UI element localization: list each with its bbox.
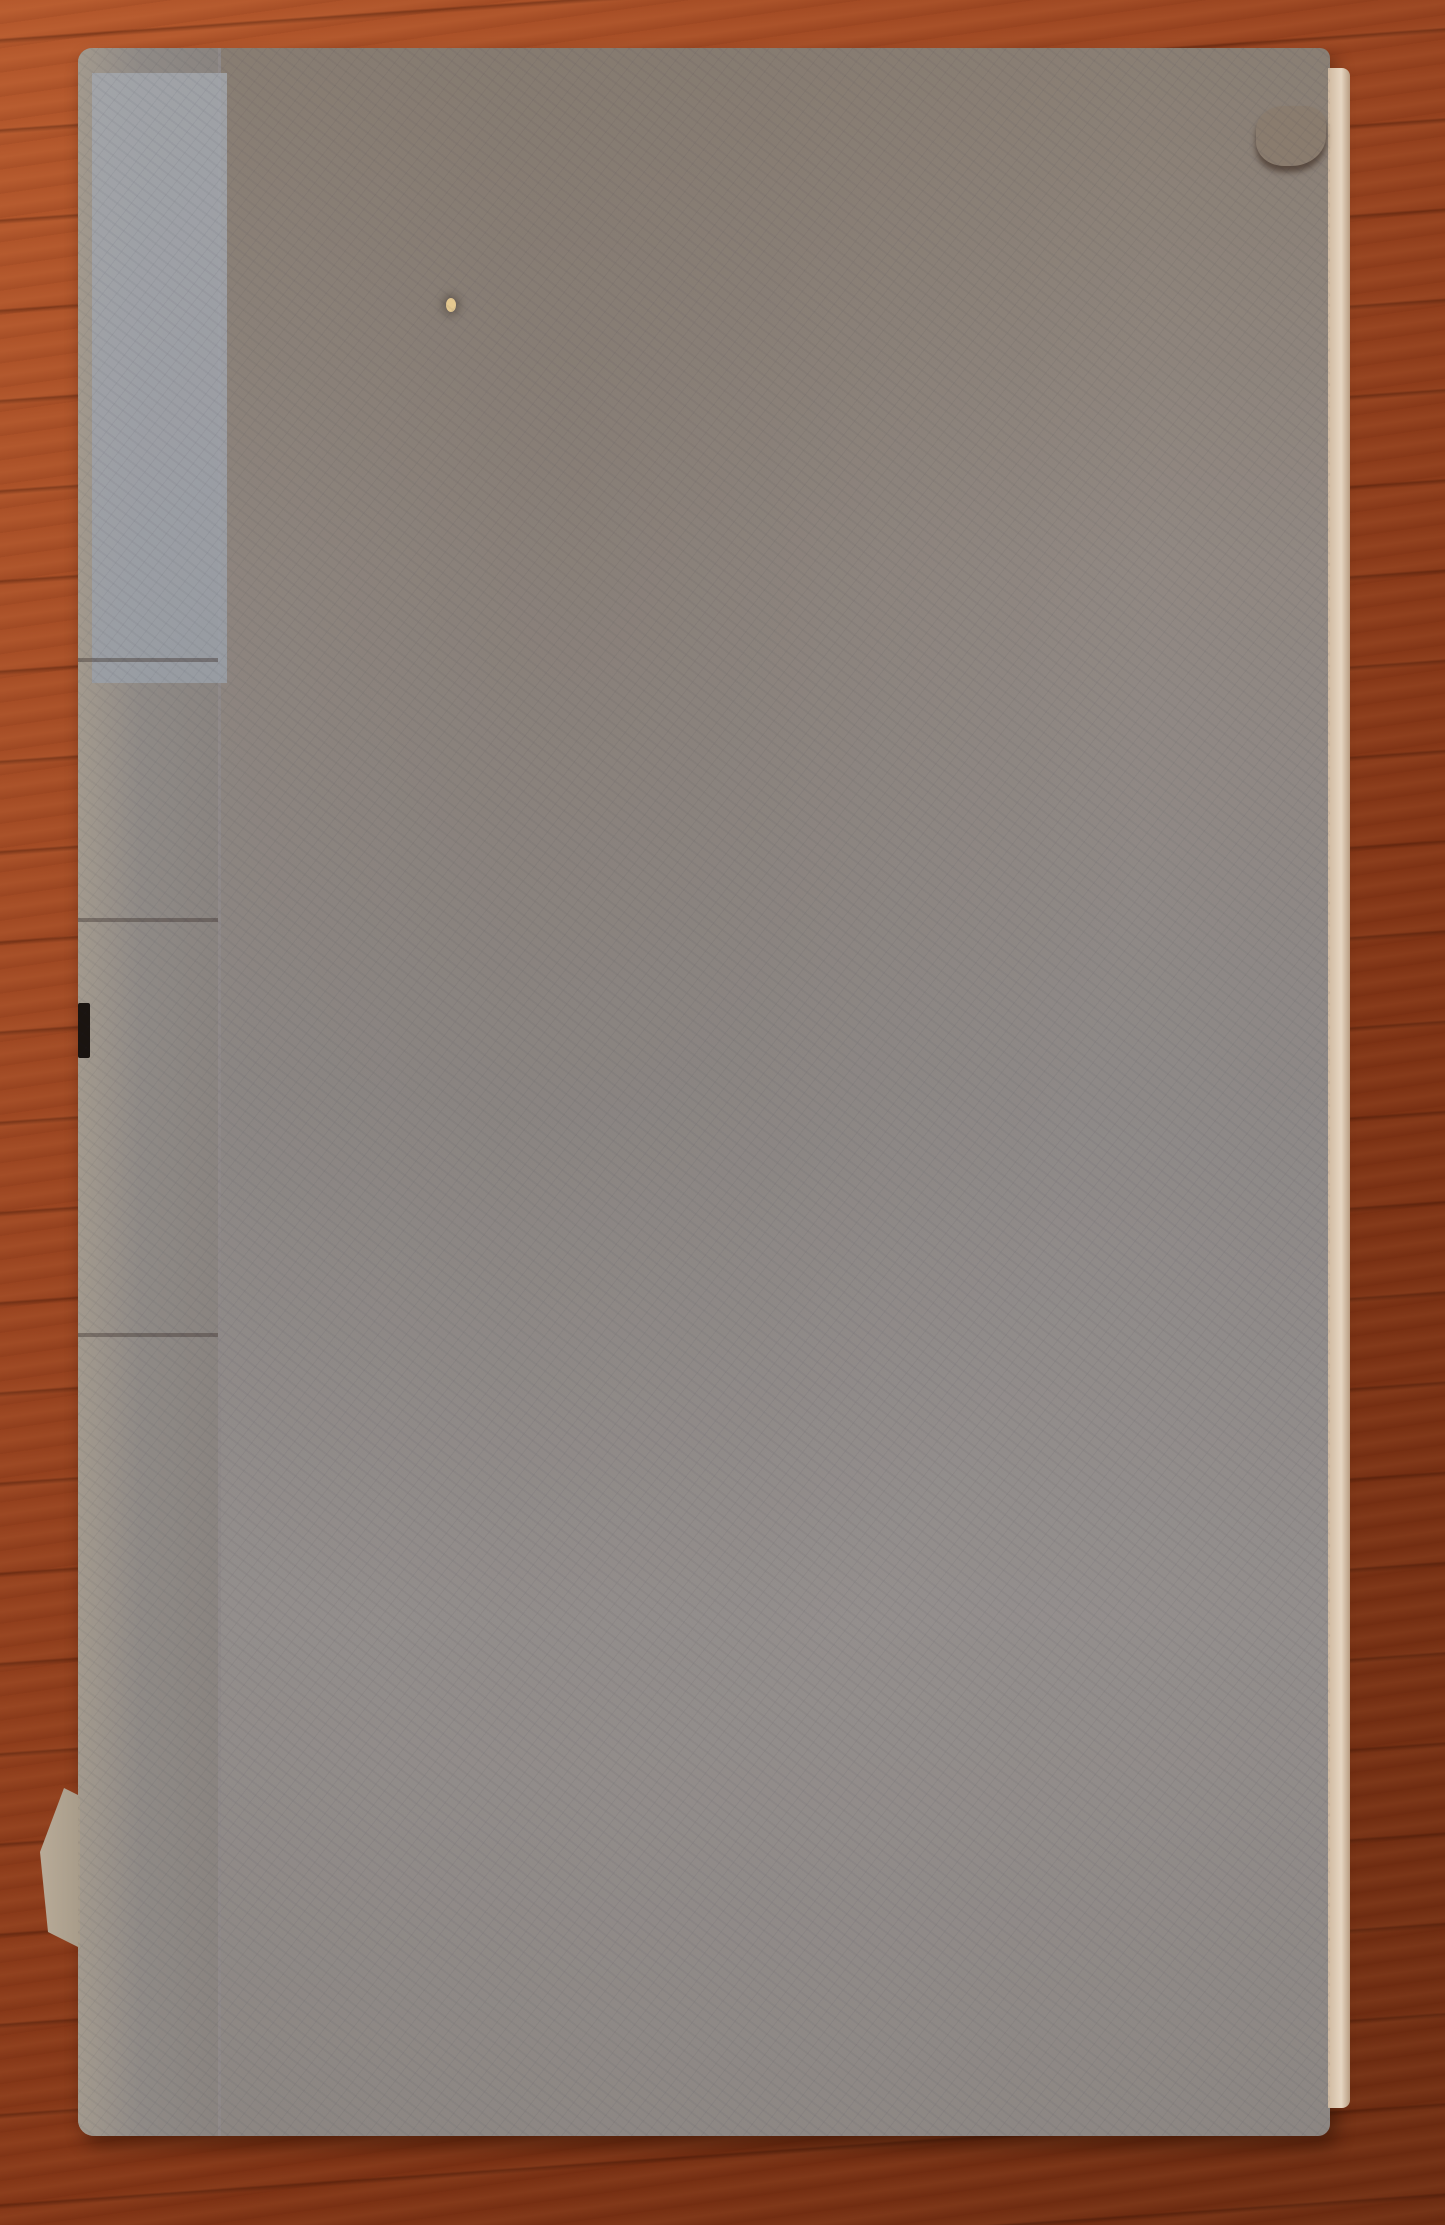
torn-corner — [1256, 106, 1326, 166]
faded-spine-label-area — [92, 73, 227, 683]
spine-crease — [78, 658, 218, 662]
paper-fiber-texture — [78, 48, 1330, 2136]
spine-crease — [78, 918, 218, 922]
book-spine — [78, 48, 221, 2136]
spine-ink-mark — [78, 1003, 90, 1058]
page-edges — [1328, 68, 1350, 2108]
spine-crease — [78, 1333, 218, 1337]
cover-hole — [446, 298, 456, 312]
book-cover — [78, 48, 1330, 2136]
